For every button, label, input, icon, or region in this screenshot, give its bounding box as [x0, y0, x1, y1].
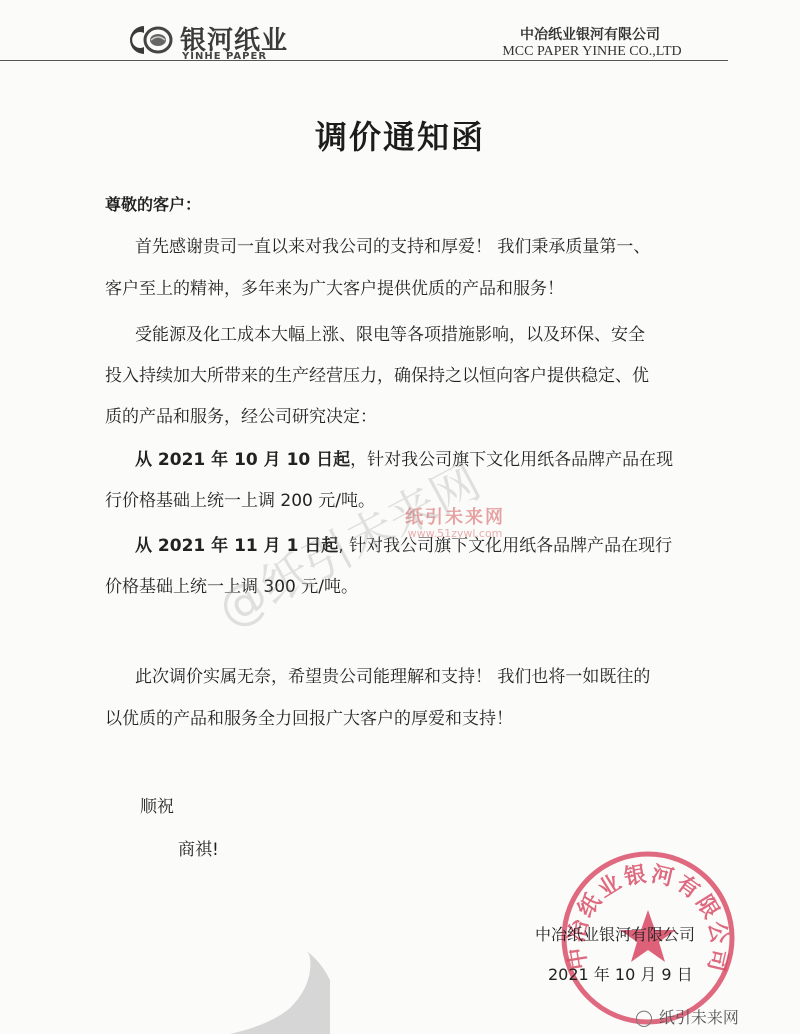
document-title: 调价通知函	[0, 112, 800, 158]
effective-date-1: 从 2021 年 10 月 10 日起	[135, 450, 350, 470]
paragraph-2-line-3: 质的产品和服务，经公司研究决定：	[105, 402, 377, 427]
signature-date: 2021 年 10 月 9 日	[548, 962, 693, 985]
salutation: 尊敬的客户：	[105, 192, 201, 215]
footer-brand: ◯纸引未来网	[635, 1005, 739, 1028]
paragraph-2-line-1: 受能源及化工成本大幅上涨、限电等各项措施影响，以及环保、安全	[135, 320, 645, 345]
paragraph-5-line-1: 此次调价实属无奈，希望贵公司能理解和支持！ 我们也将一如既往的	[135, 662, 650, 687]
wechat-icon: ◯	[635, 1008, 653, 1027]
paragraph-3-line-2: 行价格基础上统一上调 200 元/吨。	[105, 486, 375, 511]
paragraph-2-line-2: 投入持续加大所带来的生产经营压力，确保持之以恒向客户提供稳定、优	[105, 361, 649, 386]
company-logo: 银河纸业 YINHE PAPER	[122, 18, 302, 66]
signature-company: 中冶纸业银河有限公司	[535, 922, 695, 945]
paragraph-1-line-1: 首先感谢贵司一直以来对我公司的支持和厚爱！ 我们秉承质量第一、	[135, 232, 650, 257]
company-name-en: MCC PAPER YINHE CO.,LTD	[492, 44, 692, 60]
header-divider	[0, 60, 728, 61]
yinhe-logo-icon	[122, 22, 174, 58]
paragraph-3-line-1: 从 2021 年 10 月 10 日起，针对我公司旗下文化用纸各品牌产品在现	[135, 445, 673, 470]
paragraph-5-line-2: 以优质的产品和服务全力回报广大客户的厚爱和支持！	[105, 704, 513, 729]
footer-brand-text: 纸引未来网	[659, 1008, 739, 1027]
paragraph-3-text: ，针对我公司旗下文化用纸各品牌产品在现	[350, 450, 673, 470]
paragraph-1-line-2: 客户至上的精神，多年来为广大客户提供优质的产品和服务！	[105, 274, 564, 299]
scan-shadow	[210, 950, 330, 1034]
closing-greeting: 顺祝	[140, 792, 174, 817]
closing-regards: 商祺!	[178, 835, 219, 860]
company-name-cn: 中冶纸业银河有限公司	[490, 24, 690, 44]
